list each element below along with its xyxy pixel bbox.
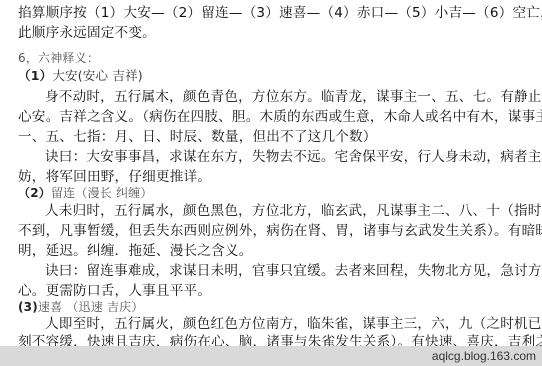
entry-heading-text: 速喜 （迅速 吉庆） — [38, 300, 144, 314]
intro-line-2: 此顺序永远固定不变。 — [18, 23, 156, 43]
entry-heading-text: 大安(安心 吉祥) — [52, 68, 143, 83]
entry-body-line: 人未归时，五行属水，颜色黑色，方位北方，临玄武，凡谋事主二、八、十（指时机 — [45, 201, 542, 221]
section-title: 6，六神释义： — [18, 48, 99, 68]
entry-heading-number: （1） — [18, 68, 52, 83]
entry-heading-number: （2） — [18, 186, 51, 200]
entry-heading-da-an: （1）大安(安心 吉祥) — [18, 66, 143, 86]
watermark-text: aqlcg.blog.163.com — [432, 348, 536, 364]
entry-heading-text: 留连（漫长 纠缠） — [51, 186, 153, 200]
watermark-bar: aqlcg.blog.163.com — [0, 346, 542, 366]
intro-line-1: 掐算顺序按（1）大安—（2）留连—（3）速喜—（4）赤口—（5）小吉—（6）空亡… — [18, 3, 542, 23]
entry-heading-liu-lian: （2）留连（漫长 纠缠） — [18, 183, 153, 203]
entry-body-line: 明，延迟。纠缠．拖延、漫长之含义。 — [18, 241, 253, 261]
entry-verse-line: 诀曰：大安事事昌，求谋在东方，失物去不远。宅舍保平安，行人身未动，病者主无 — [45, 147, 542, 167]
entry-body-line: 人即至时，五行属火，颜色红色方位南方，临朱雀，谋事主三，六，九（之时机已到， — [45, 314, 542, 334]
entry-body-line: 不到，凡事暂缓，但丢失东西则应例外，病伤在肾、胃，诸事与玄武发生关系）。有暗昧不 — [18, 221, 542, 241]
document-page: 掐算顺序按（1）大安—（2）留连—（3）速喜—（4）赤口—（5）小吉—（6）空亡… — [0, 0, 542, 346]
entry-body-line: 心安。吉祥之含义。（病伤在四肢、胆。木质的东西或生意，木命人或名中有木，谋事主 — [18, 107, 542, 127]
entry-verse-line: 诀曰：留连事难成，求谋日未明，官事只宜缓。去者来回程，失物北方见，急讨方遂 — [45, 261, 542, 281]
entry-heading-number: (3) — [18, 300, 38, 314]
entry-body-line: 一、五、七指：月、日、时辰、数量，但出不了这几个数） — [18, 127, 377, 147]
entry-body-line: 身不动时，五行属木，颜色青色，方位东方。临青龙，谋事主一、五、七。有静止、 — [45, 87, 542, 107]
